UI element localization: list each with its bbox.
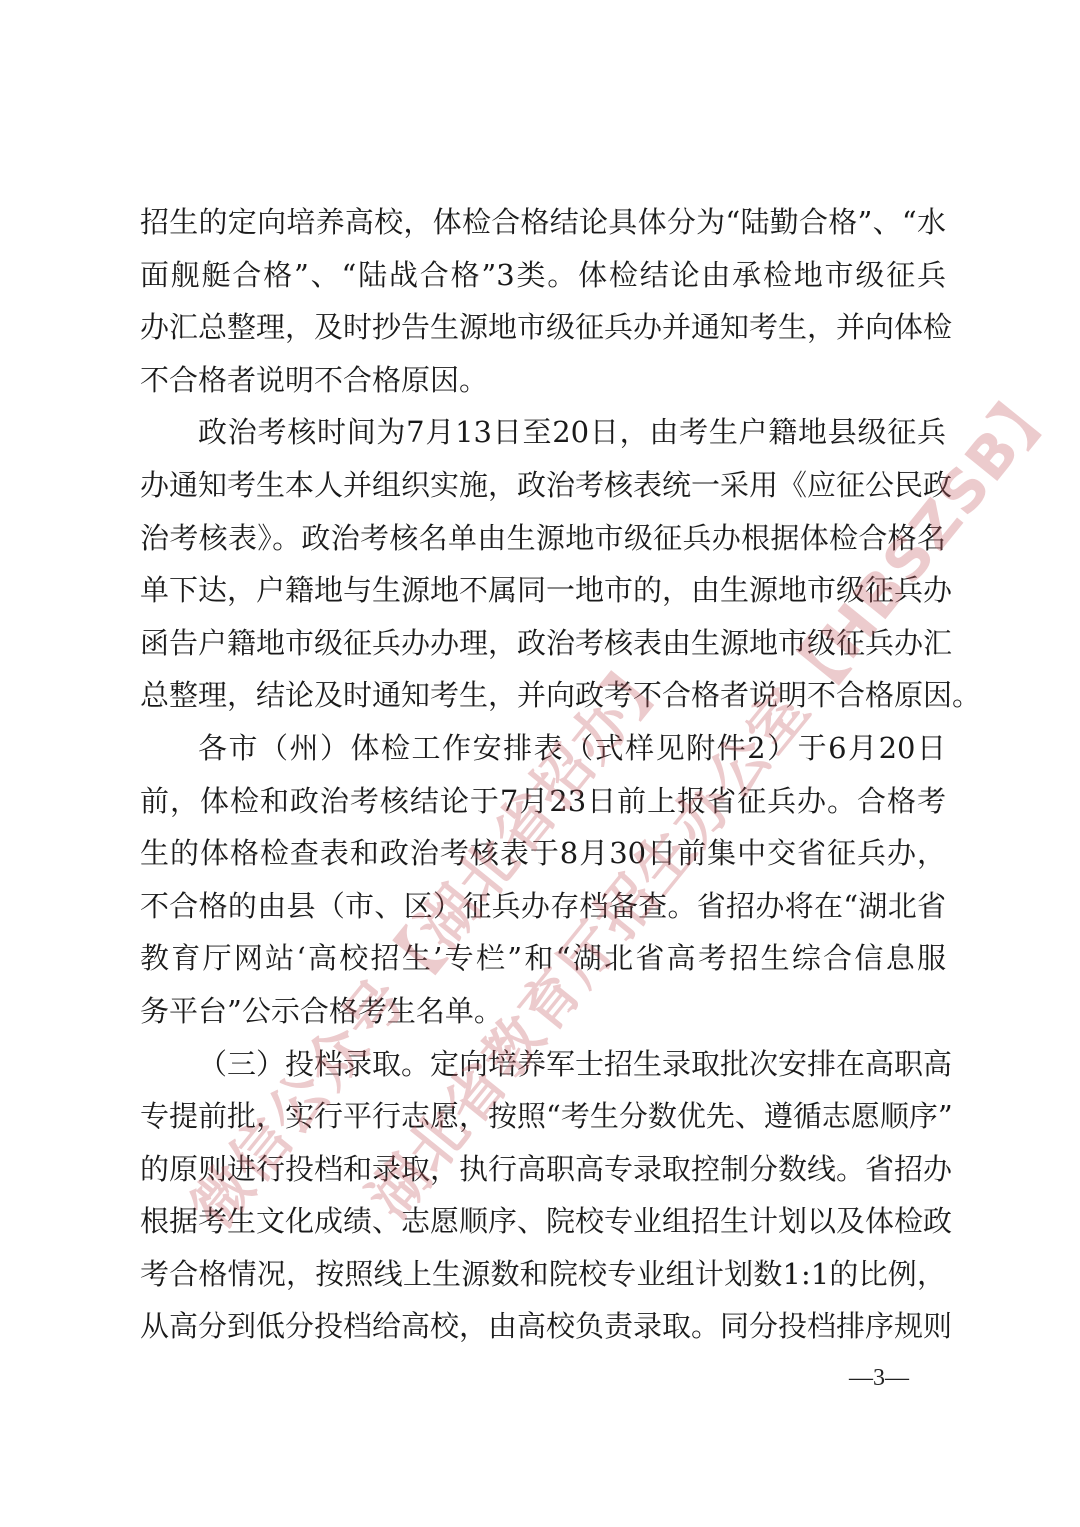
document-page: 招生的定向培养高校，体检合格结论具体分为“陆勤合格”、“水 面舰艇合格”、“陆战… bbox=[0, 0, 1080, 1527]
text-line: 函告户籍地市级征兵办办理，政治考核表由生源地市级征兵办汇 bbox=[140, 617, 946, 670]
text-line: 各市（州）体检工作安排表（式样见附件2）于6月20日 bbox=[140, 722, 946, 775]
paragraph-1: 招生的定向培养高校，体检合格结论具体分为“陆勤合格”、“水 面舰艇合格”、“陆战… bbox=[140, 196, 946, 406]
text-line: 总整理，结论及时通知考生，并向政考不合格者说明不合格原因。 bbox=[140, 669, 946, 722]
text-line: 不合格的由县（市、区）征兵办存档备查。省招办将在“湖北省 bbox=[140, 880, 946, 933]
text-line: 前，体检和政治考核结论于7月23日前上报省征兵办。合格考 bbox=[140, 775, 946, 828]
document-body: 招生的定向培养高校，体检合格结论具体分为“陆勤合格”、“水 面舰艇合格”、“陆战… bbox=[140, 196, 946, 1353]
text-line: 生的体格检查表和政治考核表于8月30日前集中交省征兵办， bbox=[140, 827, 946, 880]
text-line: 面舰艇合格”、“陆战合格”3类。体检结论由承检地市级征兵 bbox=[140, 249, 946, 302]
text-line: 治考核表》。政治考核名单由生源地市级征兵办根据体检合格名 bbox=[140, 512, 946, 565]
text-line: 办汇总整理，及时抄告生源地市级征兵办并通知考生，并向体检 bbox=[140, 301, 946, 354]
text-line: 根据考生文化成绩、志愿顺序、院校专业组招生计划以及体检政 bbox=[140, 1195, 946, 1248]
paragraph-4-admission: （三）投档录取。定向培养军士招生录取批次安排在高职高 专提前批，实行平行志愿，按… bbox=[140, 1038, 946, 1354]
text-line: 招生的定向培养高校，体检合格结论具体分为“陆勤合格”、“水 bbox=[140, 196, 946, 249]
text-line: 考合格情况，按照线上生源数和院校专业组计划数1:1的比例， bbox=[140, 1248, 946, 1301]
text-line: 办通知考生本人并组织实施，政治考核表统一采用《应征公民政 bbox=[140, 459, 946, 512]
page-number: —3— bbox=[849, 1365, 909, 1392]
text-line: 单下达，户籍地与生源地不属同一地市的，由生源地市级征兵办 bbox=[140, 564, 946, 617]
paragraph-2: 政治考核时间为7月13日至20日，由考生户籍地县级征兵 办通知考生本人并组织实施… bbox=[140, 406, 946, 722]
paragraph-3: 各市（州）体检工作安排表（式样见附件2）于6月20日 前，体检和政治考核结论于7… bbox=[140, 722, 946, 1038]
text-line: 的原则进行投档和录取，执行高职高专录取控制分数线。省招办 bbox=[140, 1143, 946, 1196]
text-line: 政治考核时间为7月13日至20日，由考生户籍地县级征兵 bbox=[140, 406, 946, 459]
text-line: 教育厅网站‘高校招生’专栏”和“湖北省高考招生综合信息服 bbox=[140, 932, 946, 985]
text-line: 不合格者说明不合格原因。 bbox=[140, 354, 946, 407]
text-line: 从高分到低分投档给高校，由高校负责录取。同分投档排序规则 bbox=[140, 1300, 946, 1353]
text-line: 专提前批，实行平行志愿，按照“考生分数优先、遵循志愿顺序” bbox=[140, 1090, 946, 1143]
text-line: 务平台”公示合格考生名单。 bbox=[140, 985, 946, 1038]
text-line: （三）投档录取。定向培养军士招生录取批次安排在高职高 bbox=[140, 1038, 946, 1091]
